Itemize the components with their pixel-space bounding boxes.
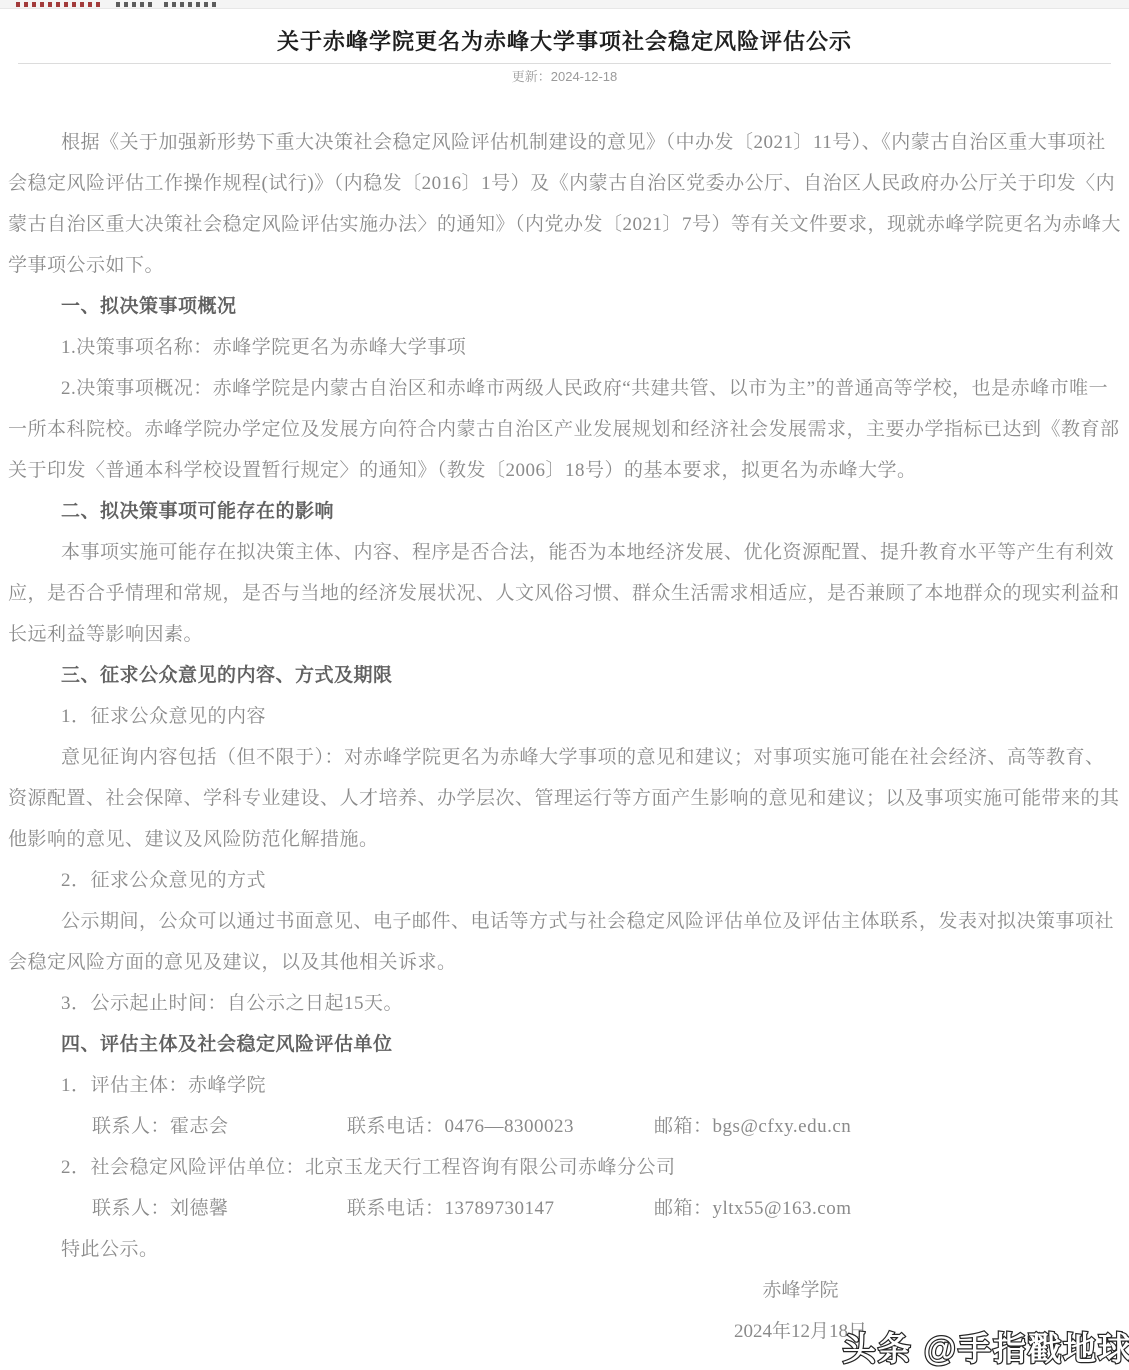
signature-org: 赤峰学院: [734, 1270, 867, 1311]
notice-body: 根据《关于加强新形势下重大决策社会稳定风险评估机制建设的意见》（中办发〔2021…: [8, 122, 1121, 1270]
page-title: 关于赤峰学院更名为赤峰大学事项社会稳定风险评估公示: [8, 29, 1121, 55]
clipped-top-nav: [0, 0, 1129, 9]
contact-email: 邮箱：bgs@cfxy.edu.cn: [654, 1116, 851, 1137]
toutiao-watermark: 头条 @手指戳地球: [843, 1323, 1129, 1370]
item-publicity-period: 3．公示起止时间：自公示之日起15天。: [8, 983, 1121, 1024]
section-heading-2: 二、拟决策事项可能存在的影响: [8, 491, 1121, 532]
update-date: 更新：2024-12-18: [8, 68, 1121, 86]
title-divider: [18, 63, 1111, 64]
contact-person: 联系人：霍志会: [92, 1106, 347, 1147]
intro-paragraph: 根据《关于加强新形势下重大决策社会稳定风险评估机制建设的意见》（中办发〔2021…: [8, 122, 1121, 286]
closing-statement: 特此公示。: [8, 1229, 1121, 1270]
notice-page: 关于赤峰学院更名为赤峰大学事项社会稳定风险评估公示 更新：2024-12-18 …: [0, 29, 1129, 1352]
item-decision-name: 1.决策事项名称：赤峰学院更名为赤峰大学事项: [8, 327, 1121, 368]
clipped-nav-fragment: [16, 2, 102, 7]
clipped-nav-fragment: [116, 2, 152, 7]
section-heading-4: 四、评估主体及社会稳定风险评估单位: [8, 1024, 1121, 1065]
contact-person: 联系人：刘德馨: [92, 1188, 347, 1229]
contact-row-unit: 联系人：刘德馨联系电话：13789730147邮箱：yltx55@163.com: [8, 1188, 1121, 1229]
clipped-nav-fragment: [164, 2, 216, 7]
contact-phone: 联系电话：13789730147: [347, 1188, 654, 1229]
item-assessment-unit: 2．社会稳定风险评估单位：北京玉龙天行工程咨询有限公司赤峰分公司: [8, 1147, 1121, 1188]
item-assessment-subject: 1．评估主体：赤峰学院: [8, 1065, 1121, 1106]
item-decision-overview: 2.决策事项概况：赤峰学院是内蒙古自治区和赤峰市两级人民政府“共建共管、以市为主…: [8, 368, 1121, 491]
contact-email: 邮箱：yltx55@163.com: [654, 1198, 852, 1219]
contact-phone: 联系电话：0476—8300023: [347, 1106, 654, 1147]
impact-paragraph: 本事项实施可能存在拟决策主体、内容、程序是否合法，能否为本地经济发展、优化资源配…: [8, 532, 1121, 655]
opinion-method-paragraph: 公示期间，公众可以通过书面意见、电子邮件、电话等方式与社会稳定风险评估单位及评估…: [8, 901, 1121, 983]
item-opinion-method-title: 2．征求公众意见的方式: [8, 860, 1121, 901]
contact-row-subject: 联系人：霍志会联系电话：0476—8300023邮箱：bgs@cfxy.edu.…: [8, 1106, 1121, 1147]
opinion-content-paragraph: 意见征询内容包括（但不限于）：对赤峰学院更名为赤峰大学事项的意见和建议；对事项实…: [8, 737, 1121, 860]
item-opinion-content-title: 1．征求公众意见的内容: [8, 696, 1121, 737]
section-heading-1: 一、拟决策事项概况: [8, 286, 1121, 327]
section-heading-3: 三、征求公众意见的内容、方式及期限: [8, 655, 1121, 696]
